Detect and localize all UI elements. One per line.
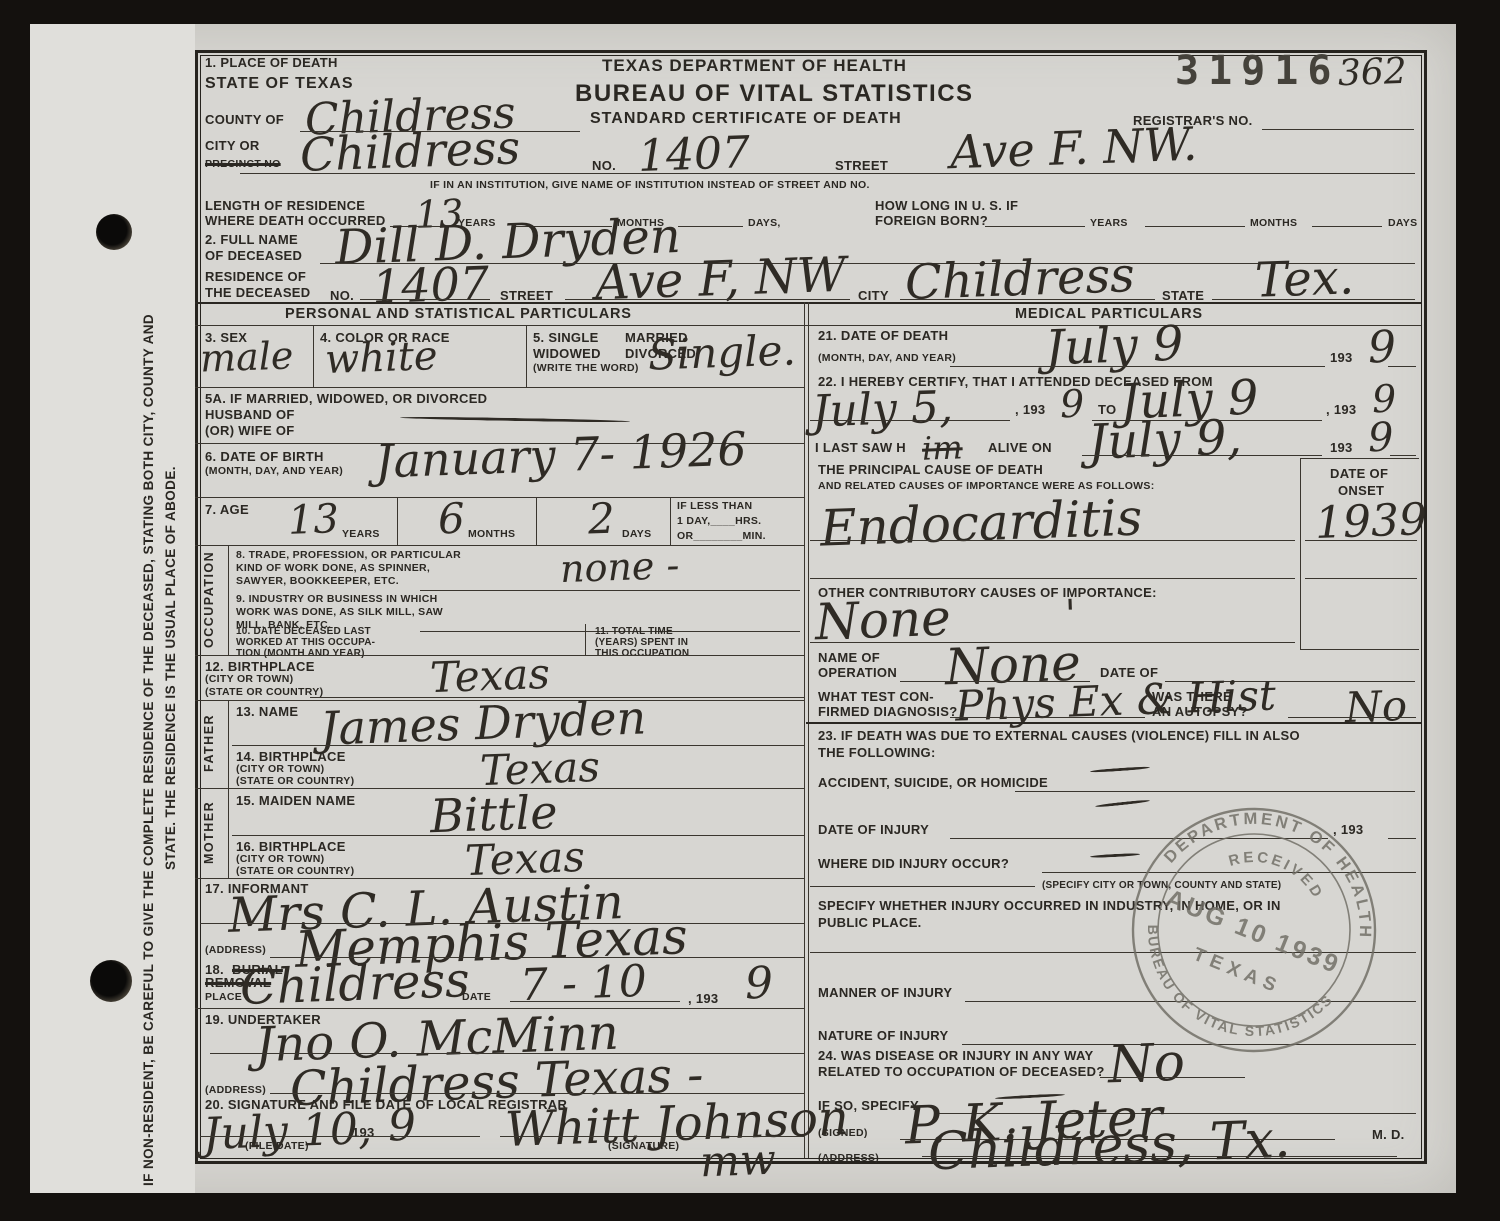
line bbox=[1288, 717, 1416, 718]
column-divider bbox=[804, 302, 805, 1158]
dept-title: TEXAS DEPARTMENT OF HEALTH bbox=[602, 56, 907, 76]
line bbox=[1305, 578, 1417, 579]
line bbox=[1145, 226, 1245, 227]
marital-value: Single. bbox=[647, 329, 796, 376]
specify-label2: PUBLIC PLACE. bbox=[818, 915, 922, 930]
attended-from-value: July 5, bbox=[811, 386, 953, 435]
line bbox=[810, 540, 1295, 541]
onset-value: 1939 bbox=[1314, 498, 1427, 546]
death-year-digit: 9 bbox=[1367, 326, 1397, 371]
marital-label-widowed: WIDOWED bbox=[533, 346, 601, 361]
line bbox=[670, 497, 671, 545]
f8-label3: SAWYER, BOOKKEEPER, ETC. bbox=[236, 575, 399, 587]
bureau-title: BUREAU OF VITAL STATISTICS bbox=[575, 80, 974, 108]
f18-193: , 193 bbox=[688, 991, 718, 1006]
line bbox=[397, 497, 398, 545]
f16-sub1: (CITY OR TOWN) bbox=[236, 853, 324, 865]
signature-label: (SIGNATURE) bbox=[608, 1140, 679, 1152]
margin-note-line1: IF NON-RESIDENT, BE CAREFUL TO GIVE THE … bbox=[141, 314, 156, 1186]
city-or-label: CITY OR bbox=[205, 138, 260, 153]
line bbox=[195, 545, 804, 546]
f20-193: 193 bbox=[352, 1125, 375, 1140]
line bbox=[510, 1001, 680, 1002]
res-city-label: CITY bbox=[858, 288, 889, 303]
physician-address-value: Childress, Tx. bbox=[927, 1114, 1291, 1179]
if-less-label3: OR________MIN. bbox=[677, 530, 766, 542]
line bbox=[195, 325, 1421, 326]
fullname-label1: 2. FULL NAME bbox=[205, 232, 298, 247]
f10-label1: 10. DATE DECEASED LAST bbox=[236, 626, 371, 637]
f17-address-label: (ADDRESS) bbox=[205, 944, 266, 956]
years-label2: YEARS bbox=[1090, 217, 1128, 229]
precinct-no-label-struck: PRECINCT NO bbox=[205, 158, 281, 170]
nature-label: NATURE OF INJURY bbox=[818, 1028, 948, 1043]
dob-value: January 7- 1926 bbox=[374, 426, 747, 485]
f21-193: 193 bbox=[1330, 350, 1353, 365]
death-date-value: July 9 bbox=[1044, 320, 1184, 373]
length-residence-label1: LENGTH OF RESIDENCE bbox=[205, 198, 365, 213]
age-months-label: MONTHS bbox=[468, 528, 515, 540]
left-section-header: PERSONAL AND STATISTICAL PARTICULARS bbox=[285, 306, 632, 322]
months-label2: MONTHS bbox=[1250, 217, 1297, 229]
line bbox=[900, 299, 1155, 300]
sex-value: male bbox=[199, 336, 294, 377]
last-saw-label2: ALIVE ON bbox=[988, 440, 1052, 455]
line bbox=[810, 578, 1295, 579]
f10-label2: WORKED AT THIS OCCUPA- bbox=[236, 637, 375, 648]
signed-label: (SIGNED) bbox=[818, 1127, 868, 1139]
onset-label1: DATE OF bbox=[1330, 466, 1388, 481]
state-of-texas: STATE OF TEXAS bbox=[205, 75, 354, 93]
file-date-label: (FILE DATE) bbox=[245, 1140, 309, 1152]
f10-label3: TION (MONTH AND YEAR) bbox=[236, 648, 365, 659]
column-divider bbox=[808, 302, 809, 1158]
f18-place-label: PLACE bbox=[205, 991, 242, 1003]
f12-sub1: (CITY OR TOWN) bbox=[205, 673, 293, 685]
line bbox=[1312, 226, 1382, 227]
f14-sub2: (STATE OR COUNTRY) bbox=[236, 775, 354, 787]
write-the-word-label: (WRITE THE WORD) bbox=[533, 362, 639, 374]
residence-label1: RESIDENCE OF bbox=[205, 269, 306, 284]
line bbox=[950, 366, 1325, 367]
operation-label1: NAME OF bbox=[818, 650, 880, 665]
f13-label: 13. NAME bbox=[236, 704, 298, 719]
f9-label1: 9. INDUSTRY OR BUSINESS IN WHICH bbox=[236, 593, 438, 605]
physician-address-label: (ADDRESS) bbox=[818, 1152, 879, 1164]
if-less-label1: IF LESS THAN bbox=[677, 500, 752, 512]
contrib-value: None bbox=[814, 593, 951, 648]
father-side-label: FATHER bbox=[202, 714, 216, 772]
line bbox=[1262, 129, 1414, 130]
age-years-value: 13 bbox=[287, 499, 339, 541]
f16-label: 16. BIRTHPLACE bbox=[236, 839, 346, 854]
to-193: , 193 bbox=[1326, 402, 1356, 417]
md-label: M. D. bbox=[1372, 1127, 1405, 1142]
age-months-value: 6 bbox=[437, 498, 465, 541]
dob-sub-label: (MONTH, DAY, AND YEAR) bbox=[205, 465, 343, 477]
f12-sub2: (STATE OR COUNTRY) bbox=[205, 686, 323, 698]
f9-label2: WORK WAS DONE, AS SILK MILL, SAW bbox=[236, 606, 443, 618]
age-label: 7. AGE bbox=[205, 502, 249, 517]
f5a-label1: 5A. IF MARRIED, WIDOWED, OR DIVORCED bbox=[205, 391, 487, 406]
punch-hole-top bbox=[96, 214, 132, 250]
line bbox=[810, 420, 1010, 421]
f23-label2: THE FOLLOWING: bbox=[818, 745, 936, 760]
f8-label1: 8. TRADE, PROFESSION, OR PARTICULAR bbox=[236, 549, 461, 561]
saw-year-digit: 9 bbox=[1367, 418, 1394, 459]
autopsy-label2: AN AUTOPSY? bbox=[1152, 704, 1248, 719]
marital-label-single: 5. SINGLE bbox=[533, 330, 599, 345]
line bbox=[1212, 299, 1415, 300]
line bbox=[228, 788, 229, 878]
fullname-label2: OF DECEASED bbox=[205, 248, 302, 263]
line bbox=[195, 387, 804, 388]
contrib-tick-mark: ' bbox=[1064, 595, 1076, 635]
to-year-digit: 9 bbox=[1371, 380, 1396, 419]
last-saw-label1: I LAST SAW H bbox=[815, 440, 906, 455]
street-value: Ave F. NW. bbox=[949, 121, 1198, 176]
residence-label2: THE DECEASED bbox=[205, 285, 310, 300]
line bbox=[228, 700, 229, 788]
burial-place-value: Childress bbox=[239, 956, 470, 1012]
line bbox=[228, 545, 229, 655]
line bbox=[810, 886, 1035, 887]
howlong-label1: HOW LONG IN U. S. IF bbox=[875, 198, 1018, 213]
f11-label2: (YEARS) SPENT IN bbox=[595, 637, 688, 648]
line bbox=[1388, 838, 1416, 839]
house-no-value: 1407 bbox=[637, 131, 750, 179]
line bbox=[1015, 791, 1415, 792]
institution-note: IF IN AN INSTITUTION, GIVE NAME OF INSTI… bbox=[430, 179, 870, 191]
f21-label: 21. DATE OF DEATH bbox=[818, 328, 948, 343]
days-label2: DAYS bbox=[1388, 217, 1417, 229]
margin-note-line2: STATE. THE RESIDENCE IS THE USUAL PLACE … bbox=[163, 466, 178, 870]
res-street-label: STREET bbox=[500, 288, 553, 303]
line bbox=[922, 1156, 1397, 1157]
age-days-value: 2 bbox=[587, 498, 615, 541]
trade-value: none - bbox=[559, 546, 679, 588]
age-years-label: YEARS bbox=[342, 528, 380, 540]
operation-label2: OPERATION bbox=[818, 665, 897, 680]
autopsy-label1: WAS THERE bbox=[1152, 689, 1232, 704]
received-stamp: DEPARTMENT OF HEALTH BUREAU OF VITAL STA… bbox=[1122, 798, 1386, 1062]
f21-sub-label: (MONTH, DAY, AND YEAR) bbox=[818, 352, 956, 364]
injury-date-label: DATE OF INJURY bbox=[818, 822, 929, 837]
race-value: white bbox=[324, 336, 438, 380]
line bbox=[1390, 455, 1416, 456]
f5a-label3: (OR) WIFE OF bbox=[205, 423, 295, 438]
if-less-label2: 1 DAY,____HRS. bbox=[677, 515, 761, 527]
county-label: COUNTY OF bbox=[205, 112, 284, 127]
line bbox=[536, 497, 537, 545]
file-date-year-digit: 9 bbox=[387, 1104, 417, 1149]
res-state-label: STATE bbox=[1162, 288, 1204, 303]
line bbox=[585, 624, 586, 655]
f16-sub2: (STATE OR COUNTRY) bbox=[236, 865, 354, 877]
birthplace-value: Texas bbox=[429, 653, 550, 699]
line bbox=[1100, 1077, 1245, 1078]
line bbox=[526, 325, 527, 387]
accident-label: ACCIDENT, SUICIDE, OR HOMICIDE bbox=[818, 775, 1048, 790]
manner-label: MANNER OF INJURY bbox=[818, 985, 952, 1000]
res-state-value: Tex. bbox=[1254, 253, 1355, 304]
punch-hole-bottom bbox=[90, 960, 132, 1002]
f23-label1: 23. IF DEATH WAS DUE TO EXTERNAL CAUSES … bbox=[818, 728, 1300, 743]
f12-label: 12. BIRTHPLACE bbox=[205, 659, 315, 674]
street-label: STREET bbox=[835, 158, 888, 173]
cause-label1: THE PRINCIPAL CAUSE OF DEATH bbox=[818, 462, 1043, 477]
certificate-number-stamp: 31916 bbox=[1175, 48, 1340, 94]
line bbox=[1305, 540, 1417, 541]
registrar-initials: mw bbox=[699, 1139, 776, 1184]
line bbox=[1082, 455, 1322, 456]
f18-date-label: DATE bbox=[462, 991, 491, 1003]
no-label: NO. bbox=[592, 158, 616, 173]
burial-year-digit: 9 bbox=[744, 962, 774, 1007]
last-saw-him: im bbox=[921, 431, 963, 464]
mother-maiden-value: Bittle bbox=[429, 789, 558, 839]
days-label: DAYS, bbox=[748, 217, 781, 229]
f14-sub1: (CITY OR TOWN) bbox=[236, 763, 324, 775]
line bbox=[240, 173, 1415, 174]
line bbox=[360, 299, 490, 300]
certificate-number-handwritten: 362 bbox=[1337, 54, 1407, 92]
line bbox=[678, 226, 743, 227]
age-days-label: DAYS bbox=[622, 528, 651, 540]
line bbox=[985, 226, 1085, 227]
city-value: Childress bbox=[299, 124, 521, 178]
line bbox=[950, 717, 1145, 718]
f15-label: 15. MAIDEN NAME bbox=[236, 793, 355, 808]
scanned-death-certificate: { "header": { "field1": "1. PLACE OF DEA… bbox=[0, 0, 1500, 1221]
test-label1: WHAT TEST CON- bbox=[818, 689, 934, 704]
f5a-label2: HUSBAND OF bbox=[205, 407, 295, 422]
line bbox=[1388, 366, 1416, 367]
line bbox=[313, 325, 314, 387]
f11-label3: THIS OCCUPATION bbox=[595, 648, 689, 659]
howlong-label2: FOREIGN BORN? bbox=[875, 213, 988, 228]
f24-label1: 24. WAS DISEASE OR INJURY IN ANY WAY bbox=[818, 1048, 1093, 1063]
test-label2: FIRMED DIAGNOSIS? bbox=[818, 704, 957, 719]
line bbox=[420, 590, 800, 591]
f24-label2: RELATED TO OCCUPATION OF DECEASED? bbox=[818, 1064, 1105, 1079]
from-year-digit: 9 bbox=[1059, 385, 1084, 424]
f19-address-label: (ADDRESS) bbox=[205, 1084, 266, 1096]
saw-193: 193 bbox=[1330, 440, 1353, 455]
line bbox=[565, 299, 850, 300]
last-saw-date-value: July 9, bbox=[1087, 413, 1242, 466]
mother-side-label: MOTHER bbox=[202, 801, 216, 864]
res-no-label: NO. bbox=[330, 288, 354, 303]
line bbox=[806, 722, 1421, 724]
field1-label: 1. PLACE OF DEATH bbox=[205, 55, 338, 70]
dob-label: 6. DATE OF BIRTH bbox=[205, 449, 324, 464]
from-193: , 193 bbox=[1015, 402, 1045, 417]
f8-label2: KIND OF WORK DONE, AS SPINNER, bbox=[236, 562, 430, 574]
f14-label: 14. BIRTHPLACE bbox=[236, 749, 346, 764]
occupation-side-label: OCCUPATION bbox=[202, 551, 216, 648]
line bbox=[200, 1136, 480, 1137]
where-injury-label: WHERE DID INJURY OCCUR? bbox=[818, 856, 1009, 871]
f11-label1: 11. TOTAL TIME bbox=[595, 626, 673, 637]
standard-certificate-title: STANDARD CERTIFICATE OF DEATH bbox=[590, 110, 902, 128]
principal-cause-value: Endocarditis bbox=[819, 492, 1143, 553]
